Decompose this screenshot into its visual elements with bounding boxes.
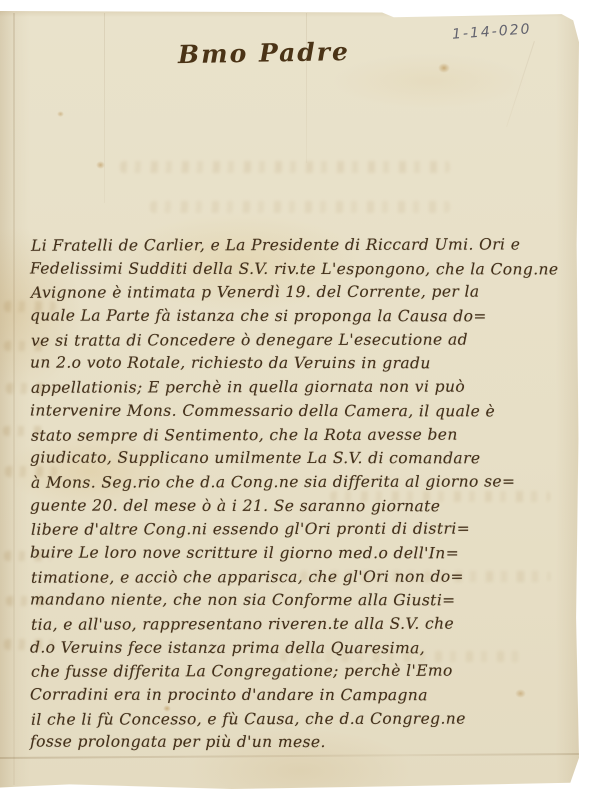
manuscript-line: Li Fratelli de Carlier, e La Presidente … [31,233,576,258]
manuscript-line: Fedelissimi Sudditi della S.V. riv.te L'… [30,257,575,282]
salutation-header: Bmo Padre [178,36,418,69]
fold-crease [13,13,15,785]
manuscript-line: timatione, e acciò che apparisca, che gl… [31,565,576,590]
manuscript-line: un 2.o voto Rotale, richiesto da Veruins… [30,352,575,377]
manuscript-line: libere d'altre Cong.ni essendo gl'Ori pr… [31,518,576,543]
fold-crease [506,41,535,127]
manuscript-line: guente 20. del mese ò à i 21. Se saranno… [30,494,575,519]
manuscript-line: mandano niente, che non sia Conforme all… [30,589,575,614]
manuscript-line: Avignone è intimata p Venerdì 19. del Co… [31,281,576,306]
manuscript-line: ve si tratta di Concedere ò denegare L'e… [31,328,576,353]
ink-stain [438,63,450,73]
bleedthrough-text [150,201,450,213]
manuscript-line: intervenire Mons. Commessario della Came… [30,399,575,424]
manuscript-line: fosse prolongata per più d'un mese. [30,731,575,756]
manuscript-line: quale La Parte fà istanza che si propong… [30,305,575,330]
scan-background: Bmo Padre 1-14-020 Li Fratelli de Carlie… [0,0,590,800]
manuscript-line: il che li fù Concesso, e fù Causa, che d… [31,707,576,732]
manuscript-line: d.o Veruins fece istanza prima della Qua… [30,636,575,661]
manuscript-line: tia, e all'uso, rappresentano riveren.te… [31,612,576,637]
ink-stain [57,111,64,117]
manuscript-line: à Mons. Seg.rio che d.a Cong.ne sia diff… [31,470,576,495]
fold-crease [104,13,105,203]
letter-body: Li Fratelli de Carlier, e La Presidente … [30,234,575,755]
manuscript-line: Corradini era in procinto d'andare in Ca… [30,684,575,709]
manuscript-line: stato sempre di Sentimento, che la Rota … [31,423,576,448]
manuscript-line: buire Le loro nove scritture il giorno m… [30,541,575,566]
archival-number: 1-14-020 [452,21,532,43]
manuscript-line: appellationis; E perchè in quella giorna… [31,375,576,400]
manuscript-page: Bmo Padre 1-14-020 Li Fratelli de Carlie… [0,11,579,789]
manuscript-line: che fusse differita La Congregatione; pe… [31,660,576,685]
fold-crease [306,13,307,163]
manuscript-line: giudicato, Supplicano umilmente La S.V. … [30,447,575,472]
ink-stain [96,161,105,169]
bleedthrough-text [120,161,450,173]
